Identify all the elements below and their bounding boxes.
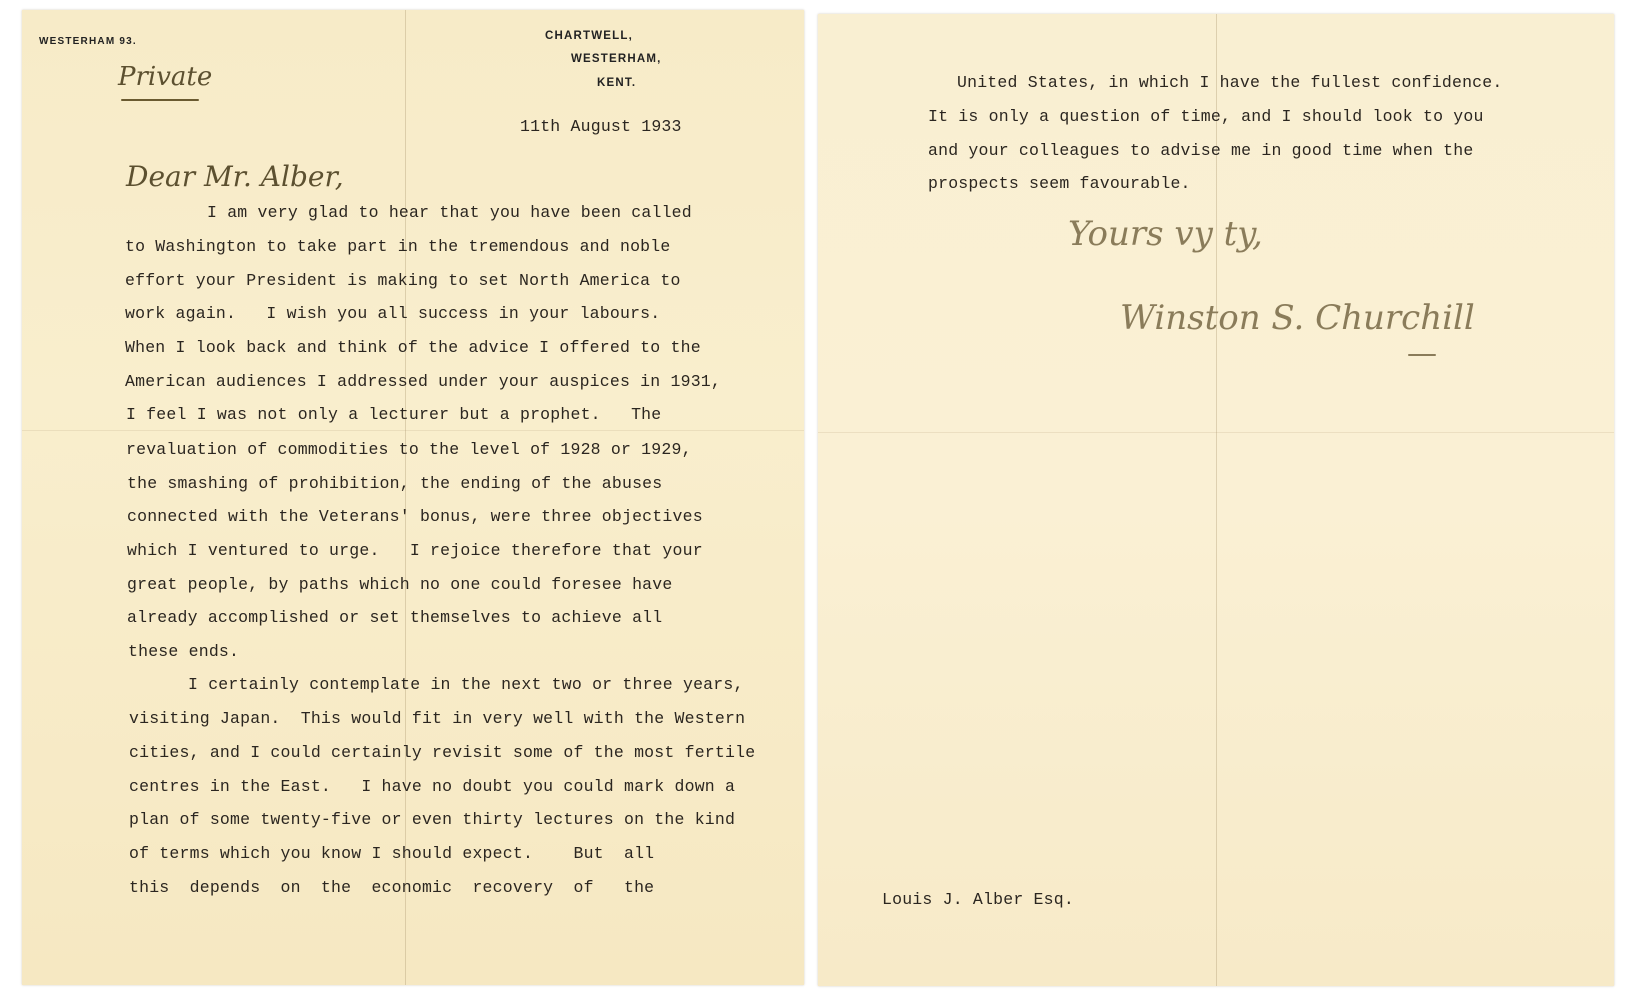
letter-date: 11th August 1933 [520,117,682,136]
body-line: United States, in which I have the fulle… [957,73,1503,92]
paper-fold [405,10,406,985]
paper-fold [818,432,1614,433]
closing: Yours vy ty, [1068,214,1263,254]
addressee: Louis J. Alber Esq. [882,890,1074,909]
address-line-2: WESTERHAM, [571,53,662,65]
body-line: visiting Japan. This would fit in very w… [129,709,745,728]
body-line: plan of some twenty-five or even thirty … [129,810,735,829]
body-line: great people, by paths which no one coul… [127,575,673,594]
body-line: I feel I was not only a lecturer but a p… [126,405,661,424]
signature-flourish [1408,354,1436,356]
body-line: of terms which you know I should expect.… [129,844,654,863]
body-line: effort your President is making to set N… [125,271,681,290]
body-line: which I ventured to urge. I rejoice ther… [127,541,703,560]
private-annotation: Private [118,62,212,92]
body-line: work again. I wish you all success in yo… [125,304,660,323]
body-line: When I look back and think of the advice… [125,338,701,357]
body-line: I am very glad to hear that you have bee… [207,203,692,222]
body-line: centres in the East. I have no doubt you… [129,777,735,796]
signature: Winston S. Churchill [1120,298,1475,338]
address-line-3: KENT. [597,77,636,89]
body-line: connected with the Veterans' bonus, were… [127,507,703,526]
body-line: revaluation of commodities to the level … [126,440,692,459]
body-line: these ends. [128,642,239,661]
salutation: Dear Mr. Alber, [126,160,344,193]
body-line: already accomplished or set themselves t… [127,608,662,627]
body-line: and your colleagues to advise me in good… [928,141,1474,160]
annotation-underline [121,99,199,101]
body-line: to Washington to take part in the tremen… [125,237,671,256]
body-line: I certainly contemplate in the next two … [188,675,744,694]
body-line: the smashing of prohibition, the ending … [127,474,662,493]
letter-page-2: United States, in which I have the fulle… [818,14,1614,986]
body-line: American audiences I addressed under you… [125,372,721,391]
letter-page-1: WESTERHAM 93. CHARTWELL, WESTERHAM, KENT… [22,10,804,985]
address-line-1: CHARTWELL, [545,30,633,42]
body-line: cities, and I could certainly revisit so… [129,743,755,762]
paper-fold [22,430,804,431]
body-line: prospects seem favourable. [928,174,1191,193]
body-line: It is only a question of time, and I sho… [928,107,1484,126]
body-line: this depends on the economic recovery of… [129,878,654,897]
telephone-header: WESTERHAM 93. [39,36,137,47]
